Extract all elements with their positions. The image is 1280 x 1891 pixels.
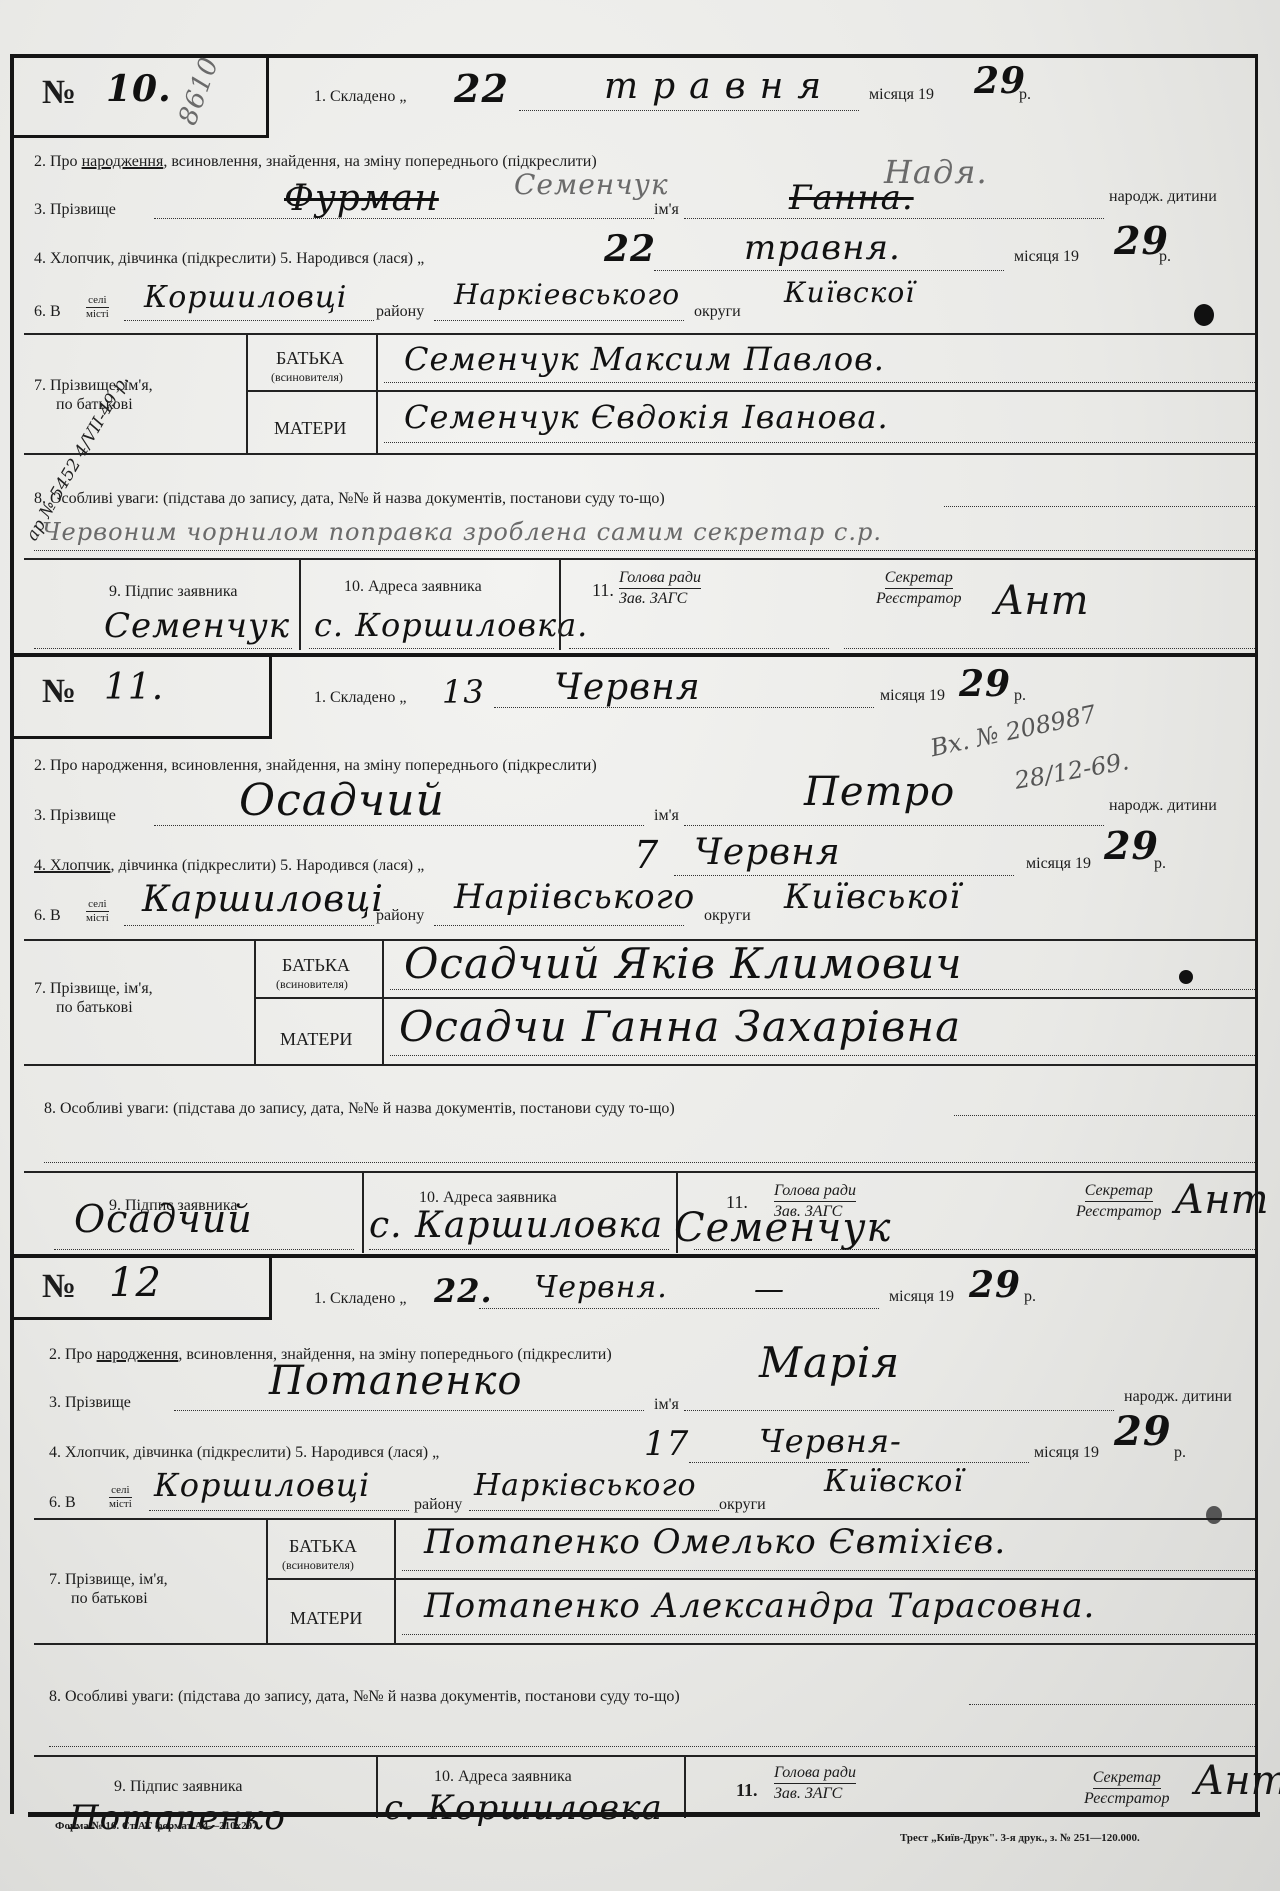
register-frame: № 10. 8610 1. Складено „ 22 травня місяц…: [10, 54, 1258, 1814]
head-number: 11.: [736, 1780, 758, 1801]
child-label: народж. дитини: [1109, 188, 1217, 206]
record-number-box: № 10. 8610: [14, 58, 269, 138]
remarks-label: 8. Особливі уваги: (підстава до запису, …: [44, 1100, 675, 1118]
born-year-suffix: р.: [1159, 248, 1171, 266]
dash-mark: —: [754, 1272, 785, 1307]
secretary-signature: Ант: [1194, 1758, 1280, 1804]
place-in-label: 6. В: [34, 907, 61, 925]
father-sub-label: (всиновителя): [282, 1558, 354, 1573]
surname-label: 3. Прізвище: [34, 807, 116, 825]
district: Нарківського: [474, 1468, 697, 1503]
mother-name: Осадчи Ганна Захарівна: [399, 1002, 961, 1051]
district-label: району: [376, 907, 424, 925]
mother-label: МАТЕРИ: [290, 1608, 362, 1629]
compiled-month-label: місяця 19: [889, 1288, 954, 1306]
form-bottom-rule: [28, 1812, 1260, 1817]
pencil-date: 28/12-69.: [1012, 747, 1131, 795]
pencil-archive-number: 8610: [173, 53, 225, 129]
head-title: Голова радиЗав. ЗАГС: [619, 568, 701, 609]
ink-blot: [1179, 970, 1193, 984]
secretary-signature: Ант: [1174, 1177, 1269, 1223]
head-signature: Семенчук: [674, 1205, 891, 1251]
okruha: Київскої: [784, 276, 915, 309]
record-number-box: № 12: [14, 1258, 272, 1320]
record-number: 12: [109, 1260, 162, 1306]
record-12: № 12 1. Складено „ 22. Червня. — місяця …: [14, 1258, 1255, 1818]
father-name: Потапенко Омелько Євтіхієв.: [424, 1522, 1006, 1562]
gender-label: 4. Хлопчик, дівчинка (підкреслити) 5. На…: [49, 1444, 439, 1462]
father-sub-label: (всиновителя): [276, 977, 348, 992]
applicant-signature: Потапенко: [69, 1798, 286, 1838]
born-day: 22: [604, 228, 656, 270]
surname-label: 3. Прізвище: [34, 201, 116, 219]
gender-label: 4. Хлопчик, дівчинка (підкреслити) 5. На…: [34, 250, 424, 268]
district-label: району: [414, 1496, 462, 1514]
secretary-title: СекретарРеєстратор: [1076, 1181, 1161, 1222]
surname-struck: Фурман: [284, 178, 439, 219]
form-number-footer: Форма № 16. Ст АТ формат А4—210х297.: [55, 1820, 260, 1832]
okruha-label: округи: [694, 303, 741, 321]
remarks: Червоним чорнилом поправка зроблена сами…: [42, 518, 882, 546]
number-sign: №: [42, 74, 76, 112]
secretary-title: СекретарРеєстратор: [876, 568, 961, 609]
register-page: № 10. 8610 1. Складено „ 22 травня місяц…: [0, 0, 1280, 1891]
ink-blot: [1206, 1506, 1222, 1524]
name-label: ім'я: [654, 201, 679, 219]
printer-footer: Трест „Київ-Друк". 3-я друк., з. № 251—1…: [900, 1832, 1140, 1844]
father-name: Семенчук Максим Павлов.: [404, 340, 885, 378]
number-sign: №: [42, 673, 76, 711]
applicant-address: с. Коршиловка.: [314, 606, 588, 644]
father-sub-label: (всиновителя): [271, 370, 343, 385]
surname-label: 3. Прізвище: [49, 1394, 131, 1412]
born-month: Червня: [694, 832, 841, 873]
compiled-label: 1. Складено „: [314, 1290, 406, 1308]
surname: Потапенко: [269, 1358, 523, 1404]
born-month-label: місяця 19: [1026, 855, 1091, 873]
village: Каршиловці: [142, 879, 384, 920]
applicant-signature: Семенчук: [104, 606, 290, 646]
surname: Осадчий: [239, 775, 445, 826]
compiled-label: 1. Складено „: [314, 88, 406, 106]
compiled-month: травня: [604, 66, 835, 107]
mother-label: МАТЕРИ: [274, 418, 346, 439]
born-month-label: місяця 19: [1034, 1444, 1099, 1462]
compiled-day: 22: [454, 66, 509, 111]
born-year-suffix: р.: [1154, 855, 1166, 873]
secretary-title: СекретарРеєстратор: [1084, 1768, 1169, 1809]
name-label: ім'я: [654, 807, 679, 825]
remarks-label: 8. Особливі уваги: (підстава до запису, …: [34, 490, 665, 508]
born-month: Червня-: [759, 1422, 902, 1460]
year-suffix: р.: [1024, 1288, 1036, 1306]
applicant-signature-label: 9. Підпис заявника: [114, 1778, 242, 1796]
child-name: Марія: [759, 1338, 900, 1387]
record-number-box: № 11.: [14, 657, 272, 739]
born-day: 7: [634, 833, 659, 877]
born-year: 29: [1114, 1408, 1172, 1455]
applicant-signature: Осадчий: [74, 1197, 253, 1241]
okruha-label: округи: [719, 1496, 766, 1514]
number-sign: №: [42, 1268, 76, 1306]
okruha: Київської: [784, 877, 961, 917]
parents-label: 7. Прізвище, ім'я,по батькові: [34, 376, 153, 414]
place-in-label: 6. В: [49, 1494, 76, 1512]
compiled-day: 22.: [434, 1272, 493, 1310]
record-number: 11.: [104, 667, 164, 708]
applicant-address-label: 10. Адреса заявника: [434, 1768, 572, 1786]
child-label: народж. дитини: [1109, 797, 1217, 815]
head-title: Голова радиЗав. ЗАГС: [774, 1763, 856, 1804]
event-type-label: 2. Про народження, всиновлення, знайденн…: [34, 153, 597, 171]
applicant-address-label: 10. Адреса заявника: [344, 578, 482, 596]
applicant-address: с. Каршиловка: [369, 1205, 663, 1246]
village-town-fraction: селімісті: [86, 294, 109, 321]
compiled-month-label: місяця 19: [880, 687, 945, 705]
applicant-signature-label: 9. Підпис заявника: [109, 583, 237, 601]
compiled-month: Червня: [554, 667, 701, 708]
place-in-label: 6. В: [34, 303, 61, 321]
village: Коршиловці: [144, 280, 347, 315]
village-town-fraction: селімісті: [109, 1484, 132, 1511]
record-10: № 10. 8610 1. Складено „ 22 травня місяц…: [14, 58, 1255, 648]
surname-corrected: Семенчук: [514, 168, 669, 201]
gender-label: 4. Хлопчик, дівчинка (підкреслити) 5. На…: [34, 857, 424, 875]
child-name: Петро: [804, 769, 955, 815]
district: Наркіевського: [454, 278, 680, 311]
district-label: району: [376, 303, 424, 321]
compiled-year: 29: [969, 1264, 1021, 1306]
okruha-label: округи: [704, 907, 751, 925]
born-month-label: місяця 19: [1014, 248, 1079, 266]
child-label: народж. дитини: [1124, 1388, 1232, 1406]
record-11: № 11. 1. Складено „ 13 Червня місяця 19 …: [14, 657, 1255, 1252]
born-year: 29: [1104, 823, 1159, 868]
okruha: Київскої: [824, 1464, 964, 1499]
secretary-signature: Ант: [994, 578, 1089, 624]
parents-label: 7. Прізвище, ім'я,по батькові: [34, 979, 153, 1017]
applicant-address: с. Коршиловка: [384, 1788, 663, 1828]
village: Коршиловці: [154, 1466, 370, 1504]
father-name: Осадчий Яків Климович: [404, 939, 962, 988]
head-number: 11.: [592, 580, 614, 601]
name-label: ім'я: [654, 1396, 679, 1414]
born-year-suffix: р.: [1174, 1444, 1186, 1462]
compiled-month-label: місяця 19: [869, 86, 934, 104]
event-type-label: 2. Про народження, всиновлення, знайденн…: [34, 757, 597, 775]
mother-name: Семенчук Євдокія Іванова.: [404, 398, 889, 436]
mother-label: МАТЕРИ: [280, 1029, 352, 1050]
born-day: 17: [644, 1424, 689, 1464]
record-number: 10.: [106, 68, 172, 110]
pencil-incoming-number: Вх. № 208987: [928, 700, 1099, 762]
name-struck: Ганна.: [789, 178, 914, 218]
district: Наріівського: [454, 877, 695, 917]
compiled-day: 13: [442, 673, 485, 711]
mother-name: Потапенко Александра Тарасовна.: [424, 1586, 1095, 1626]
father-label: БАТЬКА: [282, 955, 350, 976]
father-label: БАТЬКА: [289, 1536, 357, 1557]
village-town-fraction: селімісті: [86, 898, 109, 925]
compiled-label: 1. Складено „: [314, 689, 406, 707]
born-month: травня.: [744, 228, 901, 268]
father-label: БАТЬКА: [276, 348, 344, 369]
year-suffix: р.: [1014, 687, 1026, 705]
ink-blot: [1194, 304, 1214, 326]
year-suffix: р.: [1019, 86, 1031, 104]
compiled-month: Червня.: [534, 1270, 668, 1305]
parents-label: 7. Прізвище, ім'я,по батькові: [49, 1570, 168, 1608]
remarks-label: 8. Особливі уваги: (підстава до запису, …: [49, 1688, 680, 1706]
compiled-year: 29: [959, 663, 1011, 705]
